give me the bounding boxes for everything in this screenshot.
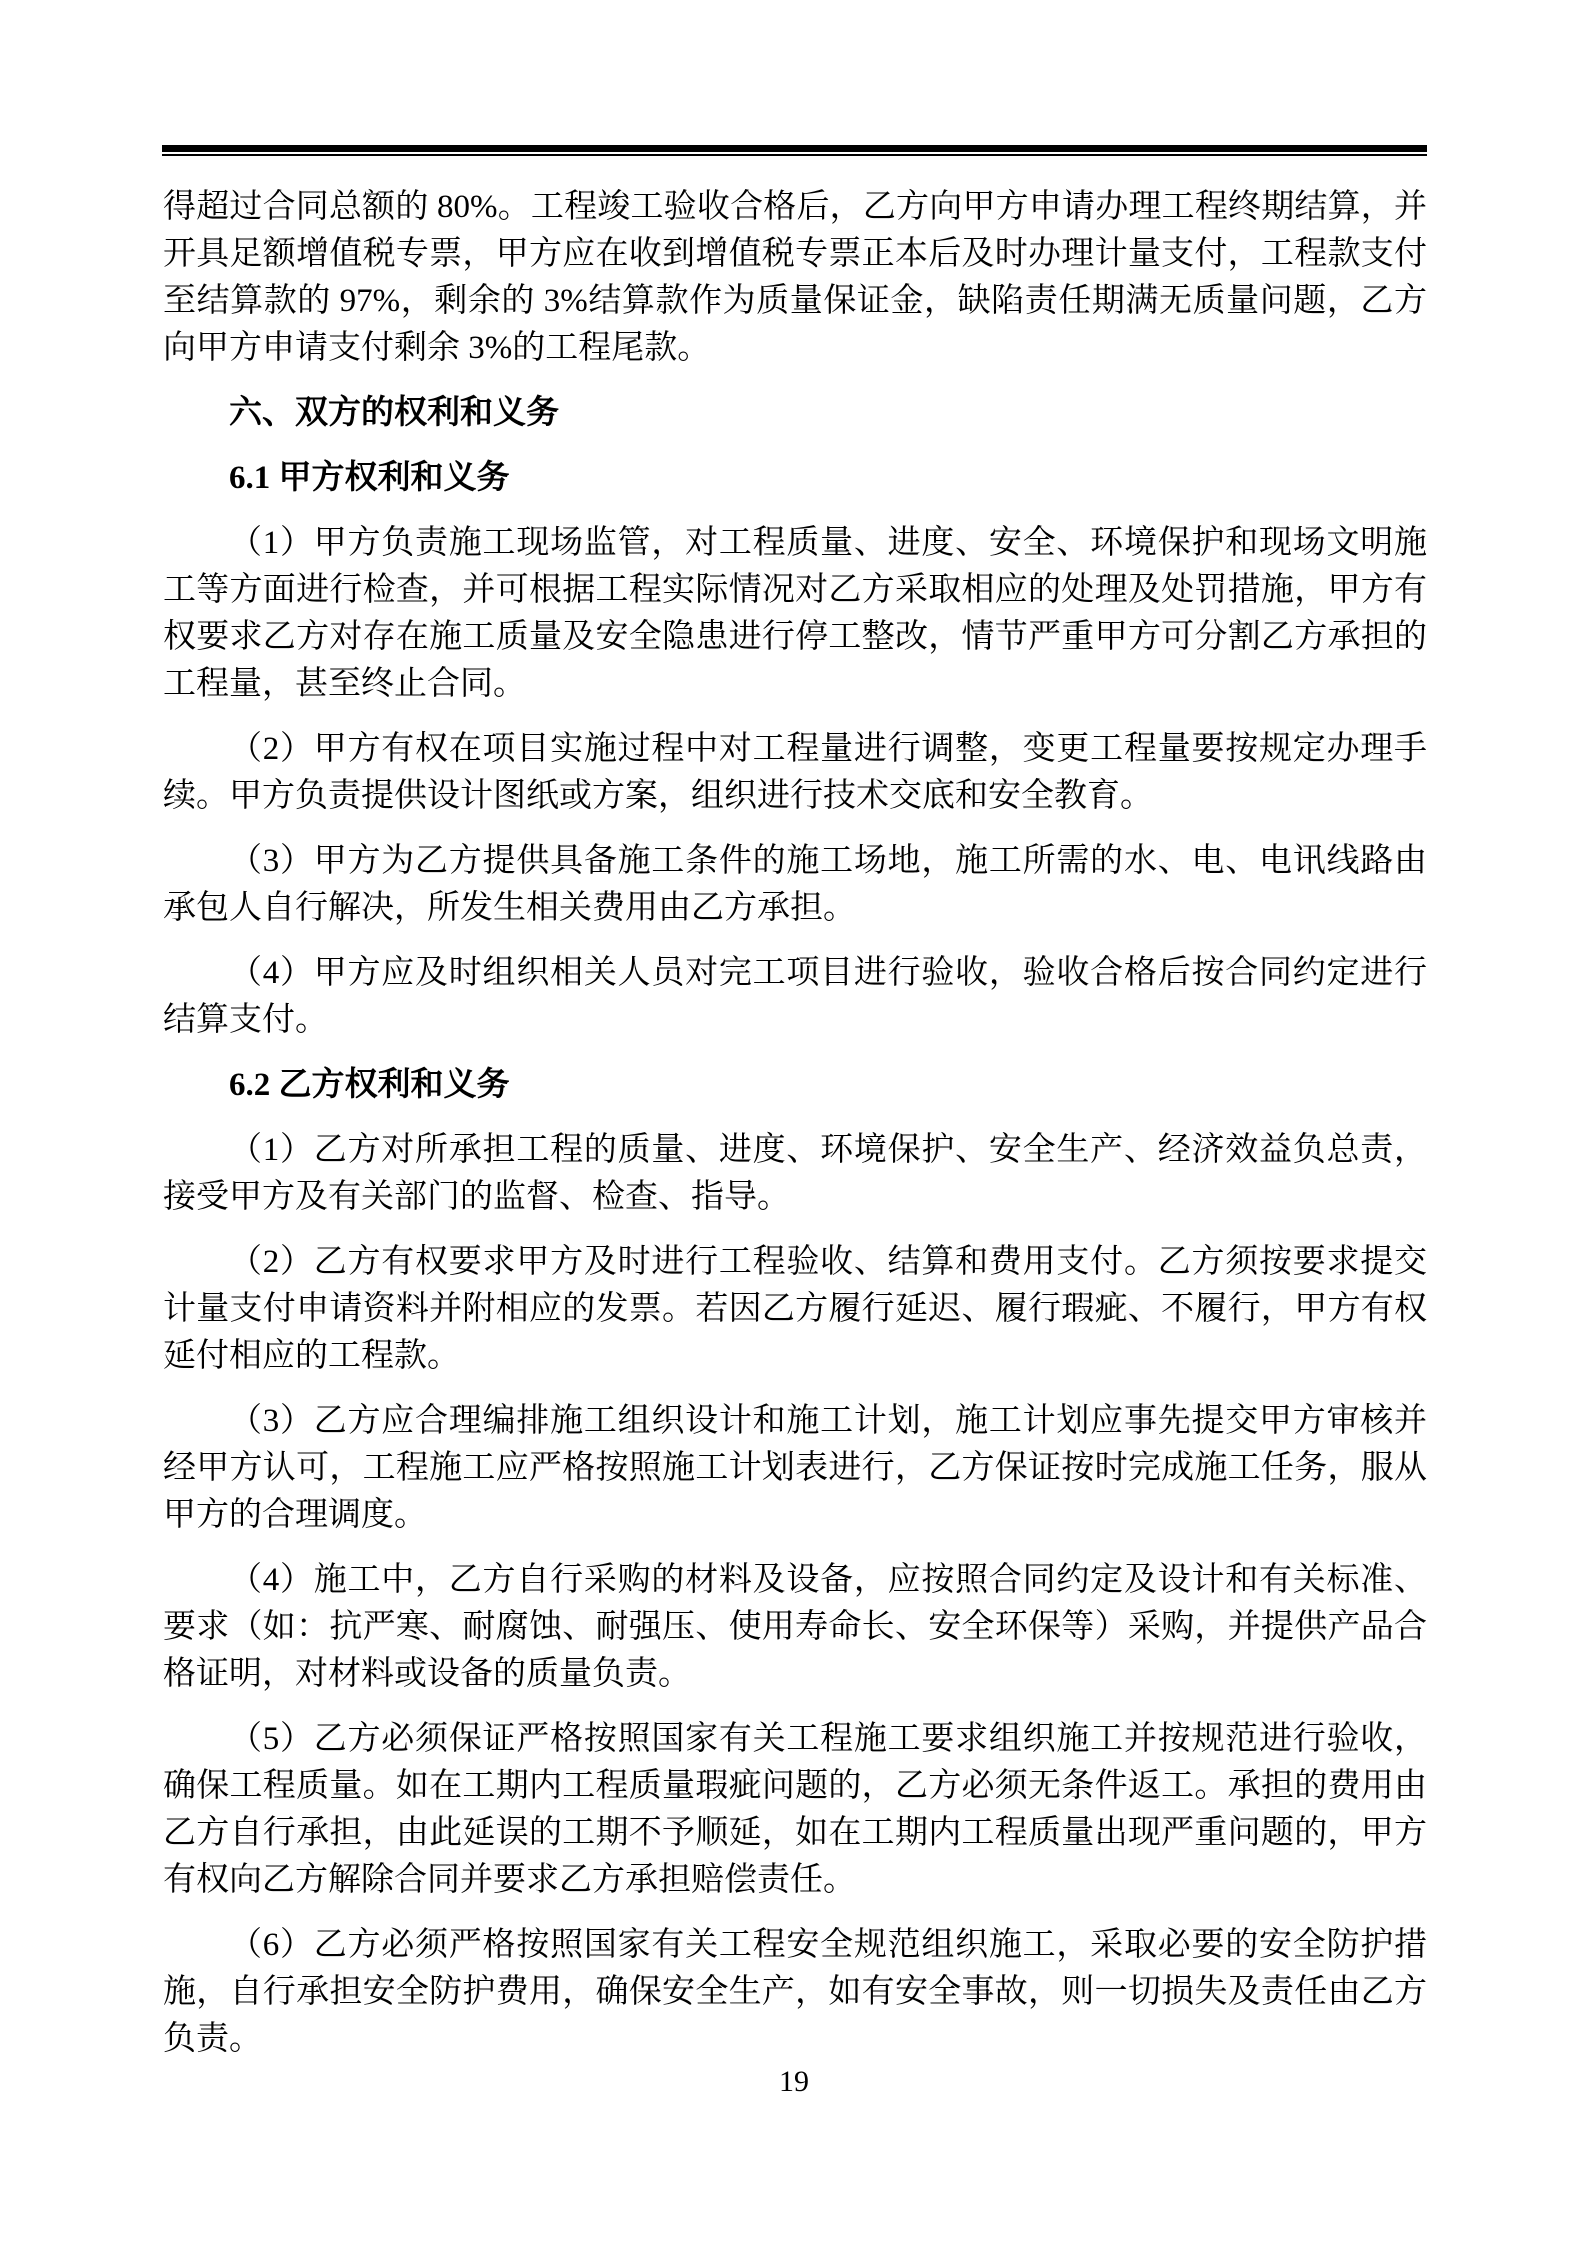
header-rule-thin-line (162, 154, 1427, 156)
paragraph-6-1-item-3: （3）甲方为乙方提供具备施工条件的施工场地，施工所需的水、电、电讯线路由承包人自… (163, 838, 1427, 932)
paragraph-final-settlement: 得超过合同总额的 80%。工程竣工验收合格后，乙方向甲方申请办理工程终期结算，并… (163, 184, 1427, 372)
header-rule-thick-line (162, 145, 1427, 152)
heading-6-1-party-a-rights: 6.1 甲方权利和义务 (163, 455, 1427, 502)
page-number: 19 (779, 2065, 809, 2098)
paragraph-6-2-item-2: （2）乙方有权要求甲方及时进行工程验收、结算和费用支付。乙方须按要求提交计量支付… (163, 1239, 1427, 1380)
heading-6-2-party-b-rights: 6.2 乙方权利和义务 (163, 1062, 1427, 1109)
document-body: 得超过合同总额的 80%。工程竣工验收合格后，乙方向甲方申请办理工程终期结算，并… (163, 184, 1427, 2081)
paragraph-6-1-item-2: （2）甲方有权在项目实施过程中对工程量进行调整，变更工程量要按规定办理手续。甲方… (163, 726, 1427, 820)
paragraph-6-1-item-4: （4）甲方应及时组织相关人员对完工项目进行验收，验收合格后按合同约定进行结算支付… (163, 950, 1427, 1044)
paragraph-6-2-item-5: （5）乙方必须保证严格按照国家有关工程施工要求组织施工并按规范进行验收，确保工程… (163, 1716, 1427, 1904)
paragraph-6-2-item-6: （6）乙方必须严格按照国家有关工程安全规范组织施工，采取必要的安全防护措施，自行… (163, 1922, 1427, 2063)
paragraph-6-2-item-1: （1）乙方对所承担工程的质量、进度、环境保护、安全生产、经济效益负总责，接受甲方… (163, 1127, 1427, 1221)
paragraph-6-2-item-3: （3）乙方应合理编排施工组织设计和施工计划，施工计划应事先提交甲方审核并经甲方认… (163, 1398, 1427, 1539)
paragraph-6-1-item-1: （1）甲方负责施工现场监管，对工程质量、进度、安全、环境保护和现场文明施工等方面… (163, 520, 1427, 708)
paragraph-6-2-item-4: （4）施工中，乙方自行采购的材料及设备，应按照合同约定及设计和有关标准、要求（如… (163, 1557, 1427, 1698)
heading-section-six: 六、双方的权利和义务 (163, 390, 1427, 437)
page-footer: 19 (0, 2062, 1588, 2102)
header-rule (162, 145, 1427, 156)
document-page: 得超过合同总额的 80%。工程竣工验收合格后，乙方向甲方申请办理工程终期结算，并… (0, 0, 1588, 2246)
